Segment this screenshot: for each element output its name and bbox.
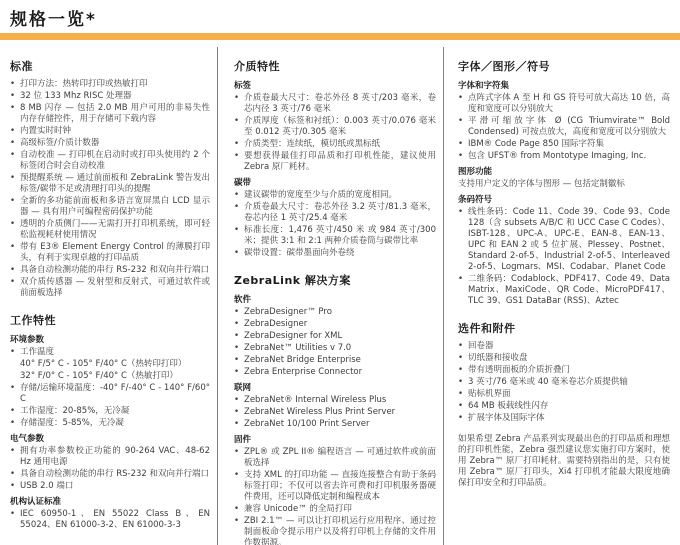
bullet-item: •要想获得最佳打印品质和打印机性能，建议使用 Zebra 原厂耗材。 [234,151,436,173]
bullet-item: •贴标机界面 [458,389,670,400]
item-text: 二维条码：Codablock、PDF417、Code 49、Data Matri… [468,274,670,307]
bullet-marker: • [234,190,244,201]
bullet-marker: • [234,516,244,527]
bullet-item: •包含 UFST® from Montotype Imaging, Inc. [458,151,670,162]
bullet-item: •USB 2.0 端口 [10,481,210,492]
bullet-marker: • [10,446,20,457]
item-text: 64 MB 板载线性闪存 [468,401,670,412]
item-text: Zebra Enterprise Connector [244,367,436,378]
bullet-marker: • [10,265,20,276]
bullet-marker: • [234,225,244,236]
section-subhead: 电气参数 [10,432,210,444]
item-text: 碳带设置：碳带墨面向外卷绕 [244,248,436,259]
item-text: 拥有功率参数校正功能的 90-264 VAC、48-62 Hz 通用电源 [20,446,210,468]
item-text: ZPL® 或 ZPL II® 编程语言 — 可通过软件或前面板选择 [244,447,436,469]
bullet-marker: • [10,91,20,102]
bullet-marker: • [458,413,468,424]
spec-section: 字体／图形／符号字体和字符集•点阵式字体 A 至 H 和 GS 符号可放大高达 … [458,58,670,307]
bullet-marker: • [234,419,244,430]
spec-section: ZebraLink 解决方案软件•ZebraDesigner™ Pro•Zebr… [234,272,436,545]
item-text: 打印方法：热转印打印或热敏打印 [20,79,210,90]
item-text: 自动校准 — 打印机在启动时或打印头使用约 2 个标签闭合时会自动校准 [20,150,210,172]
item-text: 预提醒系统 — 通过前面板和 ZebraLink 警告发出标签/碳带不足或清理打… [20,173,210,195]
spec-section: 介质特性标签•介质卷最大尺寸：卷芯外径 8 英寸/203 毫米，卷芯内径 3 英… [234,58,436,259]
section-heading: 介质特性 [234,58,436,74]
bullet-item: •打印方法：热转印打印或热敏打印 [10,79,210,90]
item-text: 标准长度：1,476 英寸/450 米 或 984 英寸/300 米；提供 3:… [244,225,436,247]
bullet-item: •具备自动检测功能的串行 RS-232 和双向并行端口 [10,265,210,276]
bullet-marker: • [458,341,468,352]
bullet-marker: • [234,367,244,378]
item-text: 回卷器 [468,341,670,352]
section-block: 机构认证标准•IEC 60950-1、EN 55022 Class B、EN 5… [10,495,210,531]
bullet-marker: • [458,377,468,388]
section-block: 联网•ZebraNet® Internal Wireless Plus•Zebr… [234,381,436,430]
item-text: 平滑可缩放字体 Ø (CG Triumvirate™ Bold Condense… [468,116,670,138]
section-block: 字体和字符集•点阵式字体 A 至 H 和 GS 符号可放大高达 10 倍，高度和… [458,79,670,162]
bullet-marker: • [234,307,244,318]
bullet-marker: • [234,139,244,150]
bullet-item: •高级标签/介质计数器 [10,138,210,149]
item-text: ZebraNet Wireless Plus Print Server [244,407,436,418]
bullet-marker: • [10,509,20,520]
bullet-marker: • [458,207,468,218]
item-text: 扩展字体及国际字体 [468,413,670,424]
item-text: ZebraDesigner for XML [244,331,436,342]
bullet-item: •Zebra Enterprise Connector [234,367,436,378]
bullet-marker: • [458,151,468,162]
bullet-marker: • [234,248,244,259]
bullet-item: •扩展字体及国际字体 [458,413,670,424]
bullet-item: •支持 XML 的打印功能 — 直接连接整合有助于条码标签打印；不仅可以省去许可… [234,470,436,503]
bullet-item: •带有 E3® Element Energy Control 的薄膜打印头，有利… [10,242,210,264]
bullet-marker: • [10,79,20,90]
bullet-marker: • [234,447,244,458]
item-text: 如果希望 Zebra 产品系列实现最出色的打印品质和理想的打印机性能，Zebra… [458,434,670,489]
section-subhead: 环境参数 [10,333,210,345]
bullet-item: •建议碳带的宽度至少与介质的宽度相同。 [234,190,436,201]
item-text: ZebraDesigner™ Pro [244,307,436,318]
item-text: 透明的介质侧门——无需打开打印机系统，即可轻松监视耗材使用情况 [20,219,210,241]
section-subhead: 图形功能 [458,165,670,177]
item-text: 切纸器和接收盘 [468,353,670,364]
bullet-item: •介质类型：连续纸，模切纸或黑标纸 [234,139,436,150]
section-block: •回卷器•切纸器和接收盘•带有透明面板的介质折叠门•3 英寸/76 毫米或 40… [458,341,670,424]
section-heading: ZebraLink 解决方案 [234,272,436,288]
item-text: ZebraDesigner [244,319,436,330]
item-text: USB 2.0 端口 [20,481,210,492]
bullet-marker: • [234,504,244,515]
item-text: 支持用户定义的字体与图形 — 包括定制徽标 [458,179,670,190]
item-text: IBM® Code Page 850 国际字符集 [468,139,670,150]
bullet-item: •ZebraNet Bridge Enterprise [234,355,436,366]
item-text: 包含 UFST® from Montotype Imaging, Inc. [468,151,670,162]
bullet-item: •ZebraNet 10/100 Print Server [234,419,436,430]
bullet-item: •工作温度 [10,347,210,358]
bullet-marker: • [458,116,468,127]
item-text: 线性条码：Code 11、Code 39、Code 93、Code 128（含 … [468,207,670,273]
text-line: 支持用户定义的字体与图形 — 包括定制徽标 [458,179,670,190]
item-text: 介质类型：连续纸，模切纸或黑标纸 [244,139,436,150]
bullet-marker: • [10,103,20,114]
accent-bar [0,33,680,40]
item-text: ZebraNet Bridge Enterprise [244,355,436,366]
bullet-marker: • [234,331,244,342]
bullet-item: •内置实时时钟 [10,126,210,137]
item-text: 兼容 Unicode™ 的全局打印 [244,504,436,515]
section-block: •打印方法：热转印打印或热敏打印•32 位 133 Mhz RISC 处理器•8… [10,79,210,299]
item-text: 高级标签/介质计数器 [20,138,210,149]
bullet-item: •双介质传感器 — 发射型和反射式，可通过软件或前面板选择 [10,277,210,299]
bullet-item: •切纸器和接收盘 [458,353,670,364]
section-block: 条码符号•线性条码：Code 11、Code 39、Code 93、Code 1… [458,193,670,307]
bullet-item: •IBM® Code Page 850 国际字符集 [458,139,670,150]
bullet-item: •线性条码：Code 11、Code 39、Code 93、Code 128（含… [458,207,670,273]
bullet-item: •ZebraDesigner for XML [234,331,436,342]
section-subhead: 字体和字符集 [458,79,670,91]
bullet-marker: • [234,395,244,406]
item-text: 带有 E3® Element Energy Control 的薄膜打印头，有利于… [20,242,210,264]
bullet-marker: • [10,150,20,161]
spec-column-right: 字体／图形／符号字体和字符集•点阵式字体 A 至 H 和 GS 符号可放大高达 … [444,47,680,545]
bullet-marker: • [234,202,244,213]
bullet-item: •全新的多功能前面板和多语言宽屏黑白 LCD 显示器 — 具有用户可编程密码保护… [10,196,210,218]
item-text: IEC 60950-1、EN 55022 Class B、EN 55024、EN… [20,509,210,531]
bullet-marker: • [10,418,20,429]
text-line: 40° F/5° C - 105° F/40° C（热转印打印） [10,359,210,370]
section-heading: 工作特性 [10,312,210,328]
item-text: 建议碳带的宽度至少与介质的宽度相同。 [244,190,436,201]
bullet-marker: • [10,173,20,184]
bullet-marker: • [10,242,20,253]
spec-column-left: 标准•打印方法：热转印打印或热敏打印•32 位 133 Mhz RISC 处理器… [0,47,217,545]
spec-sheet-page: 规格一览* 标准•打印方法：热转印打印或热敏打印•32 位 133 Mhz RI… [0,0,680,545]
bullet-item: •碳带设置：碳带墨面向外卷绕 [234,248,436,259]
item-text: 存储湿度：5-85%，无冷凝 [20,418,210,429]
section-block: 如果希望 Zebra 产品系列实现最出色的打印品质和理想的打印机性能，Zebra… [458,434,670,489]
item-text: 存储/运输环境温度：-40° F/-40° C - 140° F/60° C [20,383,210,405]
bullet-item: •介质卷最大尺寸：卷芯外径 3.2 英寸/81.3 毫米，卷芯内径 1 英寸/2… [234,202,436,224]
bullet-marker: • [10,481,20,492]
bullet-marker: • [10,138,20,149]
bullet-marker: • [458,353,468,364]
item-text: 全新的多功能前面板和多语言宽屏黑白 LCD 显示器 — 具有用户可编程密码保护功… [20,196,210,218]
bullet-marker: • [458,401,468,412]
item-text: 贴标机界面 [468,389,670,400]
item-text: 8 MB 闪存 — 包括 2.0 MB 用户可用的非易失性内存存储控件，用于存储… [20,103,210,125]
item-text: 点阵式字体 A 至 H 和 GS 符号可放大高达 10 倍，高度和宽度可以分别放… [468,93,670,115]
item-text: 工作湿度：20-85%，无冷凝 [20,406,210,417]
section-block: 环境参数•工作温度40° F/5° C - 105° F/40° C（热转印打印… [10,333,210,429]
bullet-marker: • [10,347,20,358]
bullet-marker: • [10,383,20,394]
item-text: 介质卷最大尺寸：卷芯外径 3.2 英寸/81.3 毫米，卷芯内径 1 英寸/25… [244,202,436,224]
bullet-item: •存储湿度：5-85%，无冷凝 [10,418,210,429]
bullet-item: •3 英寸/76 毫米或 40 毫米卷芯介质提供轴 [458,377,670,388]
item-text: 工作温度 [20,347,210,358]
section-subhead: 碳带 [234,176,436,188]
bullet-item: •IEC 60950-1、EN 55022 Class B、EN 55024、E… [10,509,210,531]
bullet-item: •平滑可缩放字体 Ø (CG Triumvirate™ Bold Condens… [458,116,670,138]
page-title: 规格一览* [10,5,97,30]
bullet-item: •8 MB 闪存 — 包括 2.0 MB 用户可用的非易失性内存存储控件，用于存… [10,103,210,125]
spec-section: 标准•打印方法：热转印打印或热敏打印•32 位 133 Mhz RISC 处理器… [10,58,210,299]
section-block: 标签•介质卷最大尺寸：卷芯外径 8 英寸/203 毫米，卷芯内径 3 英寸/76… [234,79,436,173]
section-block: 碳带•建议碳带的宽度至少与介质的宽度相同。•介质卷最大尺寸：卷芯外径 3.2 英… [234,176,436,259]
bullet-item: •介质卷最大尺寸：卷芯外径 8 英寸/203 毫米，卷芯内径 3 英寸/76 毫… [234,93,436,115]
bullet-marker: • [234,355,244,366]
bullet-item: •ZebraNet™ Utilities v 7.0 [234,343,436,354]
bullet-item: •二维条码：Codablock、PDF417、Code 49、Data Matr… [458,274,670,307]
bullet-item: •ZebraDesigner [234,319,436,330]
text-line: 如果希望 Zebra 产品系列实现最出色的打印品质和理想的打印机性能，Zebra… [458,434,670,489]
bullet-item: •点阵式字体 A 至 H 和 GS 符号可放大高达 10 倍，高度和宽度可以分别… [458,93,670,115]
item-text: 介质厚度（标签和衬纸）：0.003 英寸/0.076 毫米至 0.012 英寸/… [244,116,436,138]
item-text: ZebraNet® Internal Wireless Plus [244,395,436,406]
bullet-item: •ZBI 2.1™ — 可以让打印机运行应用程序、通过控制面板命令提示用户以及将… [234,516,436,545]
bullet-item: •预提醒系统 — 通过前面板和 ZebraLink 警告发出标签/碳带不足或清理… [10,173,210,195]
bullet-marker: • [10,126,20,137]
item-text: 带有透明面板的介质折叠门 [468,365,670,376]
bullet-marker: • [234,343,244,354]
section-subhead: 标签 [234,79,436,91]
section-subhead: 条码符号 [458,193,670,205]
item-text: 具备自动检测功能的串行 RS-232 和双向并行端口 [20,265,210,276]
bullet-marker: • [458,139,468,150]
item-text: 32 位 133 Mhz RISC 处理器 [20,91,210,102]
section-block: 图形功能支持用户定义的字体与图形 — 包括定制徽标 [458,165,670,190]
item-text: 要想获得最佳打印品质和打印机性能，建议使用 Zebra 原厂耗材。 [244,151,436,173]
bullet-item: •自动校准 — 打印机在启动时或打印头使用约 2 个标签闭合时会自动校准 [10,150,210,172]
item-text: ZebraNet™ Utilities v 7.0 [244,343,436,354]
item-text: ZBI 2.1™ — 可以让打印机运行应用程序、通过控制面板命令提示用户以及将打… [244,516,436,545]
bullet-marker: • [234,470,244,481]
bullet-item: •拥有功率参数校正功能的 90-264 VAC、48-62 Hz 通用电源 [10,446,210,468]
bullet-marker: • [10,219,20,230]
bullet-item: •32 位 133 Mhz RISC 处理器 [10,91,210,102]
item-text: 内置实时时钟 [20,126,210,137]
spec-column-middle: 介质特性标签•介质卷最大尺寸：卷芯外径 8 英寸/203 毫米，卷芯内径 3 英… [218,47,443,545]
section-block: 软件•ZebraDesigner™ Pro•ZebraDesigner•Zebr… [234,293,436,378]
bullet-item: •具备自动检测功能的串行 RS-232 和双向并行端口 [10,469,210,480]
bullet-marker: • [234,407,244,418]
bullet-item: •工作湿度：20-85%，无冷凝 [10,406,210,417]
section-block: 固件•ZPL® 或 ZPL II® 编程语言 — 可通过软件或前面板选择•支持 … [234,433,436,545]
section-subhead: 固件 [234,433,436,445]
section-heading: 选件和附件 [458,320,670,336]
bullet-marker: • [10,196,20,207]
bullet-marker: • [234,319,244,330]
bullet-marker: • [458,389,468,400]
section-block: 电气参数•拥有功率参数校正功能的 90-264 VAC、48-62 Hz 通用电… [10,432,210,492]
item-text: 具备自动检测功能的串行 RS-232 和双向并行端口 [20,469,210,480]
bullet-item: •带有透明面板的介质折叠门 [458,365,670,376]
item-text: 双介质传感器 — 发射型和反射式，可通过软件或前面板选择 [20,277,210,299]
section-subhead: 联网 [234,381,436,393]
bullet-item: •ZebraDesigner™ Pro [234,307,436,318]
section-subhead: 机构认证标准 [10,495,210,507]
text-line: 32° F/0° C - 105° F/40° C（热敏打印） [10,371,210,382]
bullet-item: •ZebraNet® Internal Wireless Plus [234,395,436,406]
section-heading: 字体／图形／符号 [458,58,670,74]
item-text: 3 英寸/76 毫米或 40 毫米卷芯介质提供轴 [468,377,670,388]
spec-columns: 标准•打印方法：热转印打印或热敏打印•32 位 133 Mhz RISC 处理器… [0,47,680,545]
bullet-item: •存储/运输环境温度：-40° F/-40° C - 140° F/60° C [10,383,210,405]
spec-section: 选件和附件•回卷器•切纸器和接收盘•带有透明面板的介质折叠门•3 英寸/76 毫… [458,320,670,489]
item-text: 32° F/0° C - 105° F/40° C（热敏打印） [20,371,210,382]
bullet-item: •兼容 Unicode™ 的全局打印 [234,504,436,515]
bullet-marker: • [10,469,20,480]
item-text: 支持 XML 的打印功能 — 直接连接整合有助于条码标签打印；不仅可以省去许可费… [244,470,436,503]
bullet-item: •64 MB 板载线性闪存 [458,401,670,412]
bullet-item: •ZebraNet Wireless Plus Print Server [234,407,436,418]
bullet-marker: • [458,93,468,104]
bullet-item: •介质厚度（标签和衬纸）：0.003 英寸/0.076 毫米至 0.012 英寸… [234,116,436,138]
section-heading: 标准 [10,58,210,74]
bullet-marker: • [10,406,20,417]
bullet-marker: • [458,365,468,376]
item-text: 40° F/5° C - 105° F/40° C（热转印打印） [20,359,210,370]
item-text: 介质卷最大尺寸：卷芯外径 8 英寸/203 毫米，卷芯内径 3 英寸/76 毫米 [244,93,436,115]
bullet-marker: • [234,93,244,104]
bullet-item: •透明的介质侧门——无需打开打印机系统，即可轻松监视耗材使用情况 [10,219,210,241]
bullet-marker: • [458,274,468,285]
bullet-item: •ZPL® 或 ZPL II® 编程语言 — 可通过软件或前面板选择 [234,447,436,469]
section-subhead: 软件 [234,293,436,305]
bullet-item: •标准长度：1,476 英寸/450 米 或 984 英寸/300 米；提供 3… [234,225,436,247]
bullet-marker: • [10,277,20,288]
bullet-marker: • [234,116,244,127]
bullet-item: •回卷器 [458,341,670,352]
bullet-marker: • [234,151,244,162]
spec-section: 工作特性环境参数•工作温度40° F/5° C - 105° F/40° C（热… [10,312,210,531]
item-text: ZebraNet 10/100 Print Server [244,419,436,430]
